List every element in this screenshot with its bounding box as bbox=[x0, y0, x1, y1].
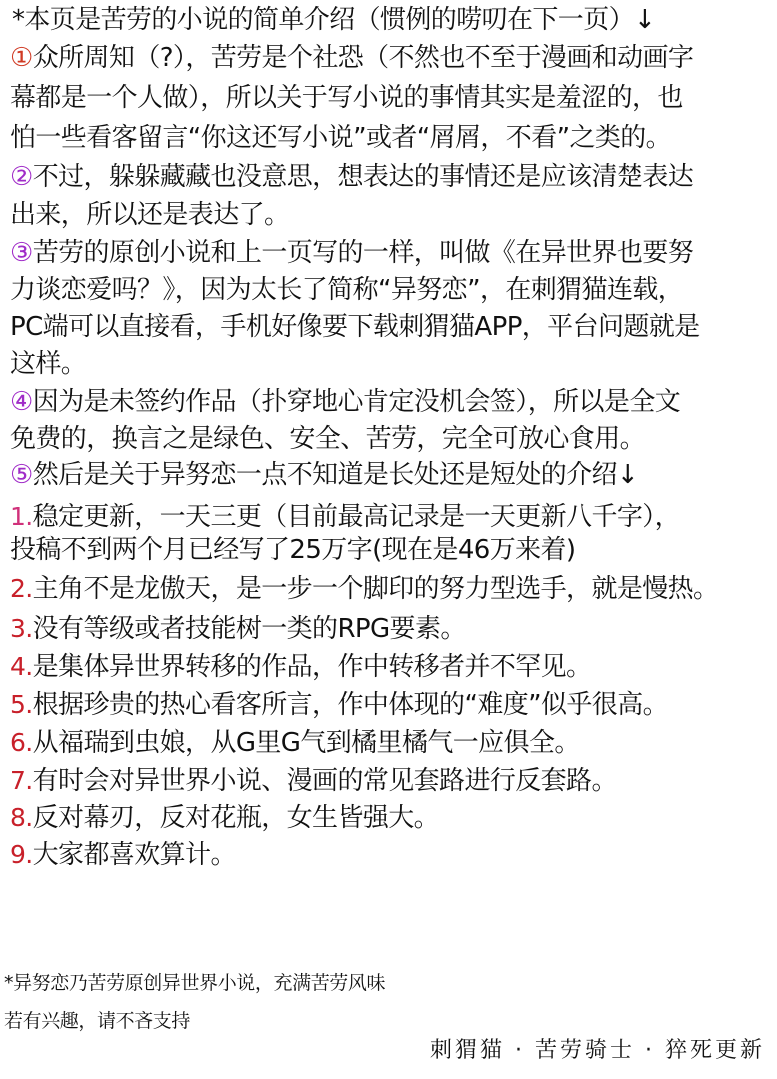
section-4-line-1: ④因为是未签约作品（扑穿地心肯定没机会签），所以是全文 bbox=[10, 384, 680, 421]
section-3-line-1: ③苦劳的原创小说和上一页写的一样，叫做《在异世界也要努 bbox=[10, 235, 693, 272]
feature-3: 3.没有等级或者技能树一类的RPG要素。 bbox=[10, 610, 466, 647]
section-1-line-1: ①众所周知（?），苦劳是个社恐（不然也不至于漫画和动画字 bbox=[10, 40, 693, 77]
section-marker-4: ④ bbox=[10, 384, 33, 421]
section-marker-3: ③ bbox=[10, 235, 33, 272]
section-text: 然后是关于异努恋一点不知道是长处还是短处的介绍↓ bbox=[33, 460, 638, 490]
feature-8: 8.反对幕刃，反对花瓶，女生皆强大。 bbox=[10, 799, 439, 836]
section-4-line-2: 免费的，换言之是绿色、安全、苦劳，完全可放心食用。 bbox=[10, 421, 645, 458]
feature-4: 4.是集体异世界转移的作品，作中转移者并不罕见。 bbox=[10, 648, 591, 685]
feature-7: 7.有时会对异世界小说、漫画的常见套路进行反套路。 bbox=[10, 762, 617, 799]
feature-5: 5.根据珍贵的热心看客所言，作中体现的“难度”似乎很高。 bbox=[10, 686, 668, 723]
feature-text: 稳定更新，一天三更（目前最高记录是一天更新八千字）， bbox=[33, 502, 680, 532]
feature-text: 从福瑞到虫娘，从G里G气到橘里橘气一应俱全。 bbox=[33, 728, 580, 758]
feature-number-9: 9. bbox=[10, 836, 33, 873]
section-2-line-1: ②不过，躲躲藏藏也没意思，想表达的事情还是应该清楚表达 bbox=[10, 159, 693, 196]
section-marker-5: ⑤ bbox=[10, 457, 33, 494]
section-1-line-2: 幕都是一个人做），所以关于写小说的事情其实是羞涩的，也 bbox=[10, 80, 683, 117]
feature-text: 有时会对异世界小说、漫画的常见套路进行反套路。 bbox=[33, 766, 617, 796]
feature-number-8: 8. bbox=[10, 799, 33, 836]
feature-text: 反对幕刃，反对花瓶，女生皆强大。 bbox=[33, 803, 439, 833]
feature-text: 是集体异世界转移的作品，作中转移者并不罕见。 bbox=[33, 652, 592, 682]
feature-text: 没有等级或者技能树一类的RPG要素。 bbox=[33, 614, 466, 644]
feature-2: 2.主角不是龙傲天，是一步一个脚印的努力型选手，就是慢热。 bbox=[10, 570, 718, 607]
section-3-line-2: 力谈恋爱吗？》，因为太长了简称“异努恋”，在刺猬猫连载， bbox=[10, 272, 683, 309]
novel-intro-page: *本页是苦劳的小说的简单介绍（惯例的唠叨在下一页）↓ ①众所周知（?），苦劳是个… bbox=[0, 0, 777, 1079]
feature-text: 主角不是龙傲天，是一步一个脚印的努力型选手，就是慢热。 bbox=[33, 574, 719, 604]
intro-line: *本页是苦劳的小说的简单介绍（惯例的唠叨在下一页）↓ bbox=[12, 2, 655, 39]
footer-support: 若有兴趣，请不吝支持 bbox=[4, 1008, 190, 1034]
section-2-line-2: 出来，所以还是表达了。 bbox=[10, 197, 289, 234]
signature: 刺猬猫 · 苦劳骑士 · 猝死更新 bbox=[430, 1036, 765, 1066]
section-text: 苦劳的原创小说和上一页写的一样，叫做《在异世界也要努 bbox=[33, 238, 693, 268]
section-3-line-4: 这样。 bbox=[10, 346, 86, 383]
section-3-line-3: PC端可以直接看，手机好像要下载刺猬猫APP，平台问题就是 bbox=[10, 309, 700, 346]
feature-number-2: 2. bbox=[10, 570, 33, 607]
section-text: 因为是未签约作品（扑穿地心肯定没机会签），所以是全文 bbox=[33, 387, 680, 417]
feature-1-line-2: 投稿不到两个月已经写了25万字(现在是46万来着) bbox=[10, 532, 575, 569]
section-marker-2: ② bbox=[10, 159, 33, 196]
feature-6: 6.从福瑞到虫娘，从G里G气到橘里橘气一应俱全。 bbox=[10, 724, 580, 761]
feature-number-3: 3. bbox=[10, 610, 33, 647]
feature-number-1: 1. bbox=[10, 498, 33, 535]
feature-text: 大家都喜欢算计。 bbox=[33, 840, 236, 870]
feature-number-4: 4. bbox=[10, 648, 33, 685]
feature-number-6: 6. bbox=[10, 724, 33, 761]
section-marker-1: ① bbox=[10, 40, 33, 77]
feature-number-7: 7. bbox=[10, 762, 33, 799]
section-text: 众所周知（?），苦劳是个社恐（不然也不至于漫画和动画字 bbox=[33, 43, 694, 73]
feature-number-5: 5. bbox=[10, 686, 33, 723]
section-text: 不过，躲躲藏藏也没意思，想表达的事情还是应该清楚表达 bbox=[33, 162, 693, 192]
feature-1-line-1: 1.稳定更新，一天三更（目前最高记录是一天更新八千字）， bbox=[10, 498, 680, 535]
section-5-line-1: ⑤然后是关于异努恋一点不知道是长处还是短处的介绍↓ bbox=[10, 457, 638, 494]
section-1-line-3: 怕一些看客留言“你这还写小说”或者“屑屑，不看”之类的。 bbox=[10, 120, 671, 157]
footer-note: *异努恋乃苦劳原创异世界小说，充满苦劳风味 bbox=[4, 970, 385, 996]
feature-9: 9.大家都喜欢算计。 bbox=[10, 836, 236, 873]
feature-text: 根据珍贵的热心看客所言，作中体现的“难度”似乎很高。 bbox=[33, 690, 668, 720]
